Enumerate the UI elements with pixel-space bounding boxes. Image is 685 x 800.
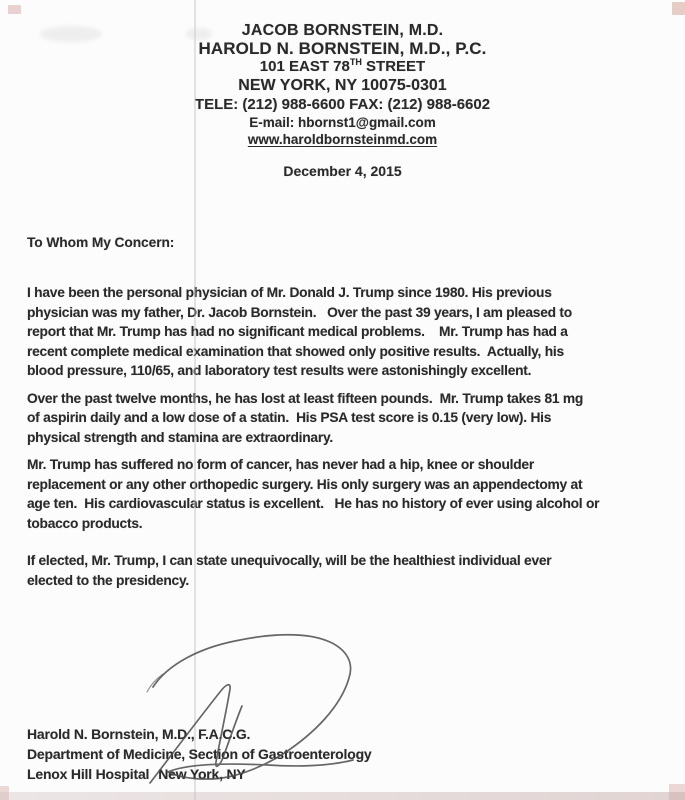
body-line: recent complete medical examination that…: [27, 342, 665, 362]
signer-city: New York, NY: [158, 766, 245, 782]
letterhead-city: NEW YORK, NY 10075-0301: [0, 76, 685, 95]
signer-hospital: Lenox Hill Hospital: [27, 766, 149, 782]
body-line: I have been the personal physician of Mr…: [27, 283, 665, 303]
street-ordinal: TH: [350, 57, 362, 67]
scan-artifact-top-left: [8, 5, 21, 14]
letterhead-name-harold: HAROLD N. BORNSTEIN, M.D., P.C.: [0, 40, 685, 58]
scan-artifact-top-right: [672, 2, 685, 15]
signer-hospital-line: Lenox Hill HospitalNew York, NY: [27, 764, 372, 784]
body-line: Over the past twelve months, he has lost…: [27, 389, 665, 409]
scan-edge-strip: [0, 792, 685, 800]
body-line: replacement or any other orthopedic surg…: [27, 475, 665, 495]
salutation: To Whom My Concern:: [27, 233, 665, 252]
body-line: elected to the presidency.: [27, 571, 665, 591]
signature-block: Harold N. Bornstein, M.D., F.A.C.G. Depa…: [27, 724, 372, 784]
paragraph-3: Mr. Trump has suffered no form of cancer…: [27, 455, 665, 533]
street-suffix: STREET: [362, 58, 425, 75]
letterhead: JACOB BORNSTEIN, M.D. HAROLD N. BORNSTEI…: [0, 0, 685, 148]
body-line: report that Mr. Trump has had no signifi…: [27, 322, 665, 342]
body-line: tobacco products.: [27, 514, 665, 534]
letter-page: JACOB BORNSTEIN, M.D. HAROLD N. BORNSTEI…: [0, 0, 685, 800]
letterhead-website: www.haroldbornsteinmd.com: [0, 131, 685, 148]
paragraph-4: If elected, Mr. Trump, I can state unequ…: [27, 551, 665, 590]
body-line: physical strength and stamina are extrao…: [27, 428, 665, 448]
letterhead-name-jacob: JACOB BORNSTEIN, M.D.: [0, 22, 685, 40]
letter-date: December 4, 2015: [0, 163, 685, 180]
scan-smudge: [40, 26, 102, 42]
paragraph-1: I have been the personal physician of Mr…: [27, 283, 665, 381]
scan-smudge: [186, 28, 212, 40]
body-line: of aspirin daily and a low dose of a sta…: [27, 408, 665, 428]
body-line: If elected, Mr. Trump, I can state unequ…: [27, 551, 665, 571]
signer-name: Harold N. Bornstein, M.D., F.A.C.G.: [27, 724, 372, 744]
street-text: 101 EAST 78: [260, 58, 350, 75]
letterhead-phone-fax: TELE: (212) 988-6600 FAX: (212) 988-6602: [0, 95, 685, 114]
letterhead-street: 101 EAST 78TH STREET: [0, 58, 685, 76]
body-line: Mr. Trump has suffered no form of cancer…: [27, 455, 665, 475]
paragraph-2: Over the past twelve months, he has lost…: [27, 389, 665, 448]
signature-stroke-hook: [147, 674, 163, 692]
body-line: physician was my father, Dr. Jacob Borns…: [27, 303, 665, 323]
signer-department: Department of Medicine, Section of Gastr…: [27, 744, 372, 764]
body-line: blood pressure, 110/65, and laboratory t…: [27, 361, 665, 381]
body-line: age ten. His cardiovascular status is ex…: [27, 494, 665, 514]
letter-body: To Whom My Concern: I have been the pers…: [27, 233, 665, 590]
letterhead-email: E-mail: hbornst1@gmail.com: [0, 114, 685, 131]
paper-fold-line: [194, 0, 196, 800]
